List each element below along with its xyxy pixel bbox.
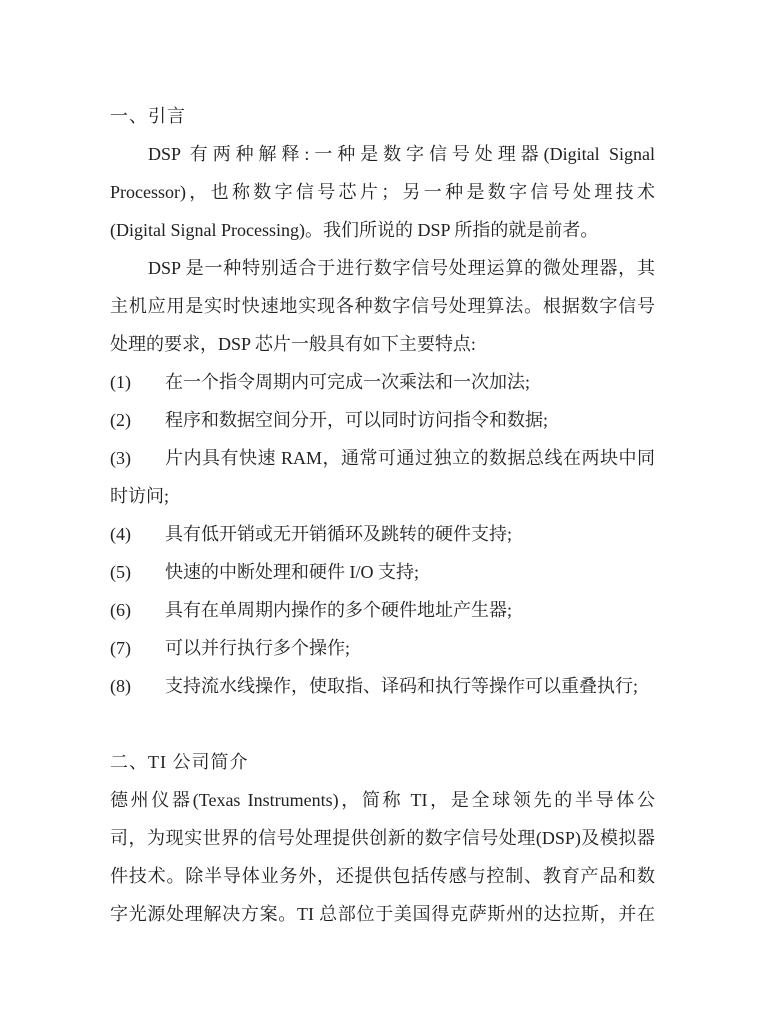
list-number: (3) (110, 439, 165, 477)
list-item-text: 具有低开销或无开销循环及跳转的硬件支持; (165, 515, 655, 553)
text-line: DSP 是一种特别适合于进行数字信号处理运算的微处理器，其 (110, 249, 655, 287)
list-item: (6)具有在单周期内操作的多个硬件地址产生器; (110, 591, 655, 629)
list-item-text: 具有在单周期内操作的多个硬件地址产生器; (165, 591, 655, 629)
list-item-text: 快速的中断处理和硬件 I/O 支持; (165, 553, 655, 591)
text-line: 司，为现实世界的信号处理提供创新的数字信号处理(DSP)及模拟器 (110, 819, 655, 857)
list-number: (5) (110, 553, 165, 591)
list-number: (1) (110, 363, 165, 401)
text-line: (Digital Signal Processing)。我们所说的 DSP 所指… (110, 211, 655, 249)
text-line: 德州仪器(Texas Instruments)，简称 TI，是全球领先的半导体公 (110, 781, 655, 819)
list-item-text: 程序和数据空间分开，可以同时访问指令和数据; (165, 401, 655, 439)
list-item: (7)可以并行执行多个操作; (110, 629, 655, 667)
list-item-text: 片内具有快速 RAM，通常可通过独立的数据总线在两块中同 (165, 439, 655, 477)
text-line: 处理的要求，DSP 芯片一般具有如下主要特点: (110, 325, 655, 363)
list-item: (3)片内具有快速 RAM，通常可通过独立的数据总线在两块中同 (110, 439, 655, 477)
list-item: (8)支持流水线操作，使取指、译码和执行等操作可以重叠执行; (110, 667, 655, 705)
list-number: (7) (110, 629, 165, 667)
text-line: DSP 有两种解释:一种是数字信号处理器(Digital Signal (110, 135, 655, 173)
text-line: 字光源处理解决方案。TI 总部位于美国得克萨斯州的达拉斯，并在 (110, 895, 655, 933)
text-line: 主机应用是实时快速地实现各种数字信号处理算法。根据数字信号 (110, 287, 655, 325)
list-item: (2)程序和数据空间分开，可以同时访问指令和数据; (110, 401, 655, 439)
text-line: Processor)，也称数字信号芯片；另一种是数字信号处理技术 (110, 173, 655, 211)
text-line: 件技术。除半导体业务外，还提供包括传感与控制、教育产品和数 (110, 857, 655, 895)
list-item: (5)快速的中断处理和硬件 I/O 支持; (110, 553, 655, 591)
list-number: (8) (110, 667, 165, 705)
list-number: (6) (110, 591, 165, 629)
list-item: (4)具有低开销或无开销循环及跳转的硬件支持; (110, 515, 655, 553)
list-number: (2) (110, 401, 165, 439)
document-content: 一、引言DSP 有两种解释:一种是数字信号处理器(Digital SignalP… (110, 97, 655, 933)
list-item: (1)在一个指令周期内可完成一次乘法和一次加法; (110, 363, 655, 401)
list-item-text: 在一个指令周期内可完成一次乘法和一次加法; (165, 363, 655, 401)
list-item-text: 可以并行执行多个操作; (165, 629, 655, 667)
document-page: 一、引言DSP 有两种解释:一种是数字信号处理器(Digital SignalP… (0, 0, 768, 1024)
blank-line (110, 705, 655, 743)
list-number: (4) (110, 515, 165, 553)
list-item-text: 支持流水线操作，使取指、译码和执行等操作可以重叠执行; (165, 667, 655, 705)
text-line: 时访问; (110, 477, 655, 515)
section-heading: 一、引言 (110, 97, 655, 135)
section-heading: 二、TI 公司简介 (110, 743, 655, 781)
